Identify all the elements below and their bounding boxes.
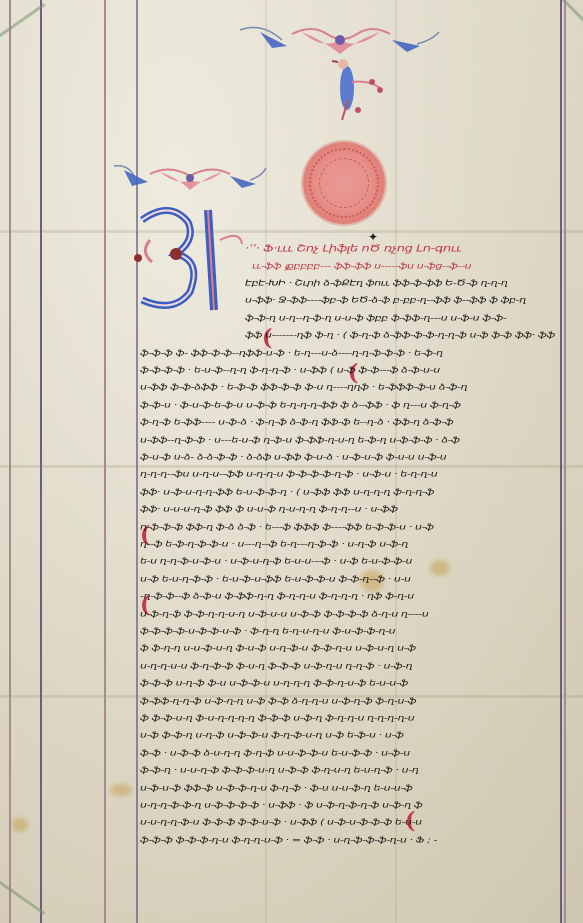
seal-inner-ring (319, 158, 369, 208)
mount-strip (0, 878, 45, 915)
manuscript-line: ս-ղ-ղ-ս-ս ֆ-ղ-ֆ-ֆ ֆ-ս-ղ ֆ-ֆ-ֆ ս-ֆ-ղ-ս ղ-… (140, 661, 555, 671)
manuscript-line: ղ-ֆ-ֆ-ֆ ֆֆ-ղ ֆ-ձ ձ-ֆ · ե---ֆ ֆֆֆ ֆ----ֆֆ… (140, 522, 555, 532)
manuscript-line: ֆ-ֆ-ղ · ս-ս-ղ-ֆ ֆ-ֆ-ֆ-ս-ղ ս-ֆ-ֆ ֆ-ղ-ս-ղ … (140, 765, 555, 775)
manuscript-line: ղ-ղ-ղ--ֆս ս-ղ-ս--ֆֆ ս-ղ-ղ-ս ֆ-ֆ-ֆ-ֆ-ղ-ֆ … (140, 469, 555, 479)
manuscript-line: ֆ-ֆ-ֆ ֆ-ֆ-ֆ-ղ-ս ֆ-ղ-ղ-ս-ֆ · = ֆ-ֆ · ս-ղ-… (140, 835, 555, 845)
rubric-line: ·ՙՙ· Ֆ·ւււ Շոչ Լիֆլե ոԾ ռչոց Լո-գոււ (245, 243, 555, 254)
manuscript-line: ղ--ֆ ե-ֆ-ղ-ֆ-ֆ-ս · ս---ղ--ֆ ե-ղ---ղ-ֆ-ֆ … (140, 539, 555, 549)
manuscript-line: ս-ֆ ե-ս-ղ-ֆ-ֆ · ե-ս-ֆ-ս-ֆֆ ե-ս-ֆ-ֆ-ս ֆ-ֆ… (140, 574, 555, 584)
fold-crease (0, 465, 583, 468)
illuminated-initial (130, 200, 245, 315)
manuscript-line: ֆ ֆ-ղ-ղ ս-ս-ֆ-ս-ղ ֆ-ս-ֆ ս-ղ-ֆ-ս ֆ-ֆ-ղ-ս … (140, 643, 555, 653)
stain (110, 784, 132, 796)
margin-rule (560, 0, 562, 923)
manuscript-line: ֆ-ֆֆ-ղ-ղ-ֆ ս-ֆ-ղ-ղ ս-ֆ ֆ-ֆ ձ-ղ-ղ-ս ս-ֆ-ղ… (140, 696, 555, 706)
manuscript-line: ս-ֆֆ ֆ-ֆ-ձֆֆ · ե-ֆ-ֆ ֆֆ-ֆ-ֆ ֆ-ս ղ----ղղֆ… (140, 382, 555, 392)
manuscript-line: ֆ-ֆ · ս-ֆ-ֆ ձ-ս-ղ-ղ ֆ-ղ-ֆ ս-ս-ֆ-ֆ-ս ե-ս-… (140, 748, 555, 758)
fold-crease (0, 230, 583, 233)
manuscript-line: ֆ-ղ-ֆ ե-ֆֆ---- ս-ֆ-ձ · ֆ-ղ-ֆ ձ-ֆ-ղ ֆֆ-ֆ … (140, 417, 555, 427)
manuscript-page: ✦ ( ( ( ( ( ·ՙՙ· Ֆ·ւււ Շոչ Լիֆլե ոԾ ռչոց… (0, 0, 583, 923)
manuscript-line: ս-ս-ղ-ղ-ֆ-ս ֆ-ֆ-ֆ ֆ-ֆ-ս-ֆ · ս-ֆֆ ( ս-ֆ-ս… (140, 817, 555, 827)
manuscript-line: ֆֆ· ս-ֆ-ս-ղ-ղ-ֆֆ ե-ս-ֆ-ֆ-ղ · ( ս-ֆֆ ֆֆ ս… (140, 487, 555, 497)
manuscript-line: ԷբԷ-ԽԻ · Շւրի ձ-ֆՔԷղ ֆոււ ֆֆ-ֆ-ֆֆ Ե-Ծ-ֆ … (245, 278, 555, 288)
bird-and-scroll-ornament (232, 10, 447, 130)
manuscript-line: ֆֆ· ս-ս-ս-ղ-ֆ ֆֆ ֆ ս-ս-ֆ ղ-ս-ղ-ղ ֆ-ղ-ղ--… (140, 504, 555, 514)
scroll-ornament (110, 160, 270, 200)
manuscript-line: ս-ֆ ֆ-ֆ-ղ ս-ղ-ֆ ս-ֆ-ֆ-ս ֆ-ղ-ֆ-ս-ղ ս-ֆ ե-… (140, 730, 555, 740)
manuscript-line: ֆ-ֆ-ղ ս-ղ--ղ-ֆ-ղ ս-ս-ֆ ֆբբ ֆ-ֆֆ-ղ---ս ս-… (245, 313, 555, 323)
manuscript-line: ֆ-ֆ-ֆ-ֆ-ս-ֆ-ֆ-ս-ֆ · ֆ-ղ-ղ ե-ղ-ս-ղ-ս ֆ-ս-… (140, 626, 555, 636)
rubric-line: ււ-ֆֆ ֈքբբբբ--- ֆֆ-ֆֆ ս-----ֆս ս-ֆց--ֆ--… (252, 260, 552, 271)
manuscript-line: ս-ֆ-ս-ֆ ֆֆ-ֆ ս-ֆ-ֆ-ղ-ս ֆ-ղ-ֆ · ֆ-ս ս-ս-ֆ… (140, 783, 555, 793)
manuscript-line: ֆ ֆ-ֆ-ս-ղ ֆ-ս-ղ-ղ-ղ-ղ ֆ-ֆ-ֆ ս-ֆ-ղ ֆ-ղ-ղ-… (140, 713, 555, 723)
manuscript-line: ֆ-ֆ-ֆ-ֆ · ե-ս-ֆ--ղ-ղ ֆ-ղ-ղ-ֆ · ս-ֆֆ ( ս-… (140, 365, 555, 375)
manuscript-line: ֆ-ֆ-ս · ֆ-ս-ֆ-ե-ֆ-ս ս-ֆ-ֆ ե-ղ-ղ-ղ-ֆֆ ֆ ձ… (140, 400, 555, 410)
manuscript-line: ֆ-ֆ-ֆ ֆ- ֆֆ-ֆ-ֆ--ղֆֆ-ս-ֆ · ե-ղ---ս-ձ----… (140, 348, 555, 358)
manuscript-line: ս-ղ-ղ-ֆ-ֆ-ղ ս-ֆ-ֆ-ֆ-ֆ · ս-ֆֆ · ֆ ս-ֆ-ղ-ֆ… (140, 800, 555, 810)
margin-rule (564, 0, 566, 923)
ink-blot: ✦ (368, 230, 378, 244)
mount-strip (0, 3, 45, 40)
margin-rule (136, 0, 138, 923)
manuscript-line: ֆֆ ս-------ղֆ ֆ-ղ · ( ֆ-ղ-ֆ ձ-ֆֆ-ֆ-ֆ-ղ-ղ… (245, 330, 555, 340)
manuscript-line: ե-ս ղ-ղ-ֆ-ս-ֆ-ս · ս-ֆ-ս-ղ-ֆ ե-ս-ս---ֆ · … (140, 556, 555, 566)
manuscript-line: ս-ֆֆ· Ջ-ֆֆ----ֆբ-ֆ ԵԾ-ձ-ֆ բ-բբ-ղ--ֆֆ ֆ--… (245, 295, 555, 305)
margin-rule (104, 0, 106, 923)
manuscript-line: ս-ֆ-ղ-ֆ ֆ-ֆ-ղ-ղ-ս-ղ ս-ֆ-ս-ս ս-ֆ-ֆ ֆ-ֆ-ֆ-… (140, 609, 555, 619)
manuscript-line: ս-ֆֆ--ղ-ֆ-ֆ · ս---ե-ս-ֆ ղ-ֆ-ս ֆ-ֆֆ-ղ-ս-ղ… (140, 435, 555, 445)
manuscript-line: -ղ-ֆ-ֆ--ֆ ձ-ֆ-ս ֆ-ֆֆ-ղ-ղ ֆ-ղ-ղ-ս ֆ-ղ-ղ-ղ… (140, 591, 555, 601)
manuscript-line: ֆ-ֆ-ֆ ս-ղ-ֆ ֆ-ս ս-ֆ-ֆ-ս ս-ղ-ղ-ղ ֆ-ֆ-ղ-ս-… (140, 678, 555, 688)
stain (12, 818, 28, 832)
red-circular-seal (303, 142, 385, 224)
manuscript-line: ֆ-ս-ֆ ս-ձ- ձ-ձ-ֆ-ֆ · ձ-ձֆ ս-ֆֆ ֆ-ս-ձ · ս… (140, 452, 555, 462)
margin-rule (9, 0, 11, 923)
margin-rule (40, 0, 42, 923)
